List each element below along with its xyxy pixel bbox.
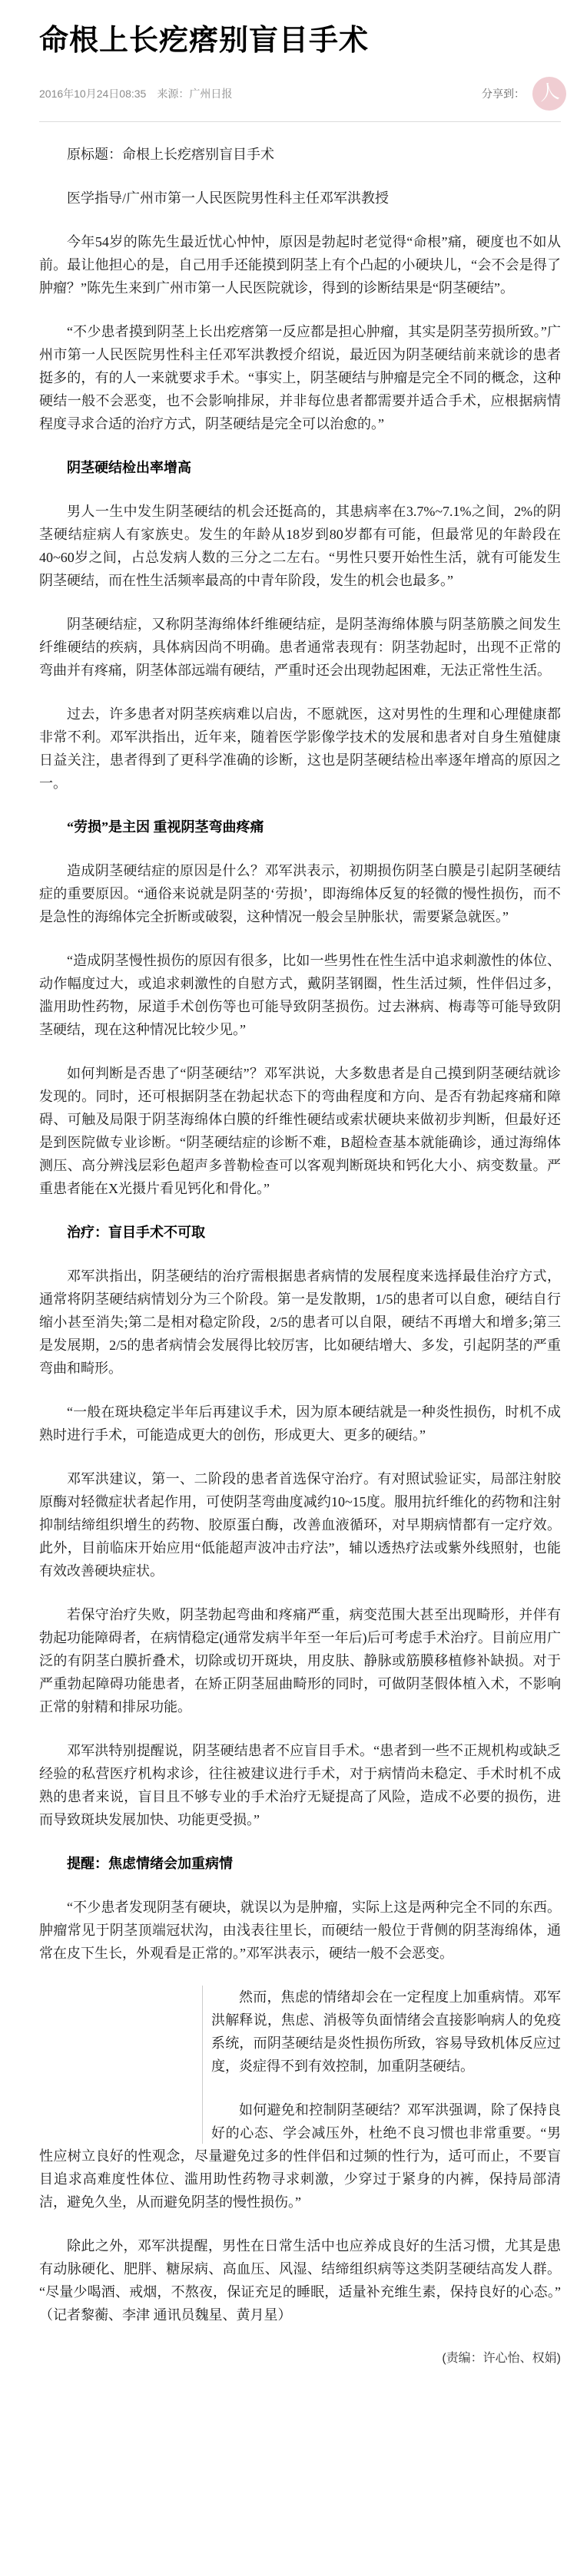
paragraph-diagnosis-trend: 过去，许多患者对阴茎疾病难以启齿，不愿就医，这对男性的生理和心理健康都非常不利。… (39, 703, 561, 795)
share-label: 分享到： (482, 86, 525, 101)
paragraph-definition: 阴茎硬结症，又称阴茎海绵体纤维硬结症，是阴茎海绵体膜与阴茎筋膜之间发生纤维硬结的… (39, 613, 561, 682)
article-body: 原标题：命根上长疙瘩别盲目手术 医学指导/广州市第一人民医院男性科主任邓军洪教授… (39, 143, 561, 2326)
page-title: 命根上长疙瘩别盲目手术 (39, 21, 561, 60)
paragraph-lifestyle-advice: 除此之外，邓军洪提醒，男性在日常生活中也应养成良好的生活习惯，尤其是患有动脉硬化… (39, 2234, 561, 2326)
paragraph-surgery-timing: “一般在斑块稳定半年后再建议手术，因为原本硬结就是一种炎性损伤，时机不成熟时进行… (39, 1400, 561, 1447)
paragraph-warning-blind-surgery: 邓军洪特别提醒说，阴茎硬结患者不应盲目手术。“患者到一些不正规机构或缺乏经验的私… (39, 1739, 561, 1831)
paragraph-surgical-options: 若保守治疗失败，阴茎勃起弯曲和疼痛严重，病变范围大甚至出现畸形，并伴有勃起功能障… (39, 1603, 561, 1718)
subheading-strain-cause: “劳损”是主因 重视阴茎弯曲疼痛 (39, 815, 561, 838)
paragraph-case-intro: 今年54岁的陈先生最近忧心忡忡，原因是勃起时老觉得“命根”痛，硬度也不如从前。最… (39, 230, 561, 299)
original-title-text: 命根上长疙瘩别盲目手术 (122, 147, 274, 162)
paragraph-cause-main: 造成阴茎硬结症的原因是什么？邓军洪表示，初期损伤阴茎白膜是引起阴茎硬结症的重要原… (39, 859, 561, 928)
paragraph-expert-quote: “不少患者摸到阴茎上长出疙瘩第一反应都是担心肿瘤，其实是阴茎劳损所致。”广州市第… (39, 320, 561, 435)
empty-media-placeholder (39, 1986, 203, 2144)
subheading-detection-rate: 阴茎硬结检出率增高 (39, 456, 561, 479)
original-title-line: 原标题：命根上长疙瘩别盲目手术 (39, 143, 561, 166)
subheading-anxiety-reminder: 提醒：焦虑情绪会加重病情 (39, 1852, 561, 1875)
paragraph-self-check: 如何判断是否患了“阴茎硬结”？邓军洪说，大多数患者是自己摸到阴茎硬结就诊发现的。… (39, 1062, 561, 1200)
subheading-treatment: 治疗：盲目手术不可取 (39, 1221, 561, 1244)
publish-date: 2016年10月24日08:35 (39, 86, 146, 101)
paragraph-three-stages: 邓军洪指出，阴茎硬结的治疗需根据患者病情的发展程度来选择最佳治疗方式，通常将阴茎… (39, 1265, 561, 1380)
paragraph-tumor-difference: “不少患者发现阴茎有硬块，就误以为是肿瘤，实际上这是两种完全不同的东西。肿瘤常见… (39, 1896, 561, 1965)
source-name: 来源：广州日报 (157, 86, 232, 101)
paragraph-medical-guidance: 医学指导/广州市第一人民医院男性科主任邓军洪教授 (39, 187, 561, 210)
paragraph-conservative-treatment: 邓军洪建议，第一、二阶段的患者首选保守治疗。有对照试验证实，局部注射胶原酶对轻微… (39, 1467, 561, 1582)
header-divider (39, 121, 561, 122)
paragraph-prevalence: 男人一生中发生阴茎硬结的机会还挺高的，其患病率在3.7%~7.1%之间，2%的阴… (39, 500, 561, 592)
paragraph-cause-list: “造成阴茎慢性损伤的原因有很多，比如一些男性在性生活中追求刺激性的体位、动作幅度… (39, 949, 561, 1041)
article-meta-bar: 2016年10月24日08:35 来源：广州日报 分享到： 人 (39, 77, 561, 111)
text-wrap-section: 然而，焦虑的情绪却会在一定程度上加重病情。邓军洪解释说，焦虑、消极等负面情绪会直… (39, 1986, 561, 2214)
article-page: 命根上长疙瘩别盲目手术 2016年10月24日08:35 来源：广州日报 分享到… (0, 21, 567, 2401)
share-people-weibo-icon[interactable]: 人 (532, 77, 566, 111)
original-title-label: 原标题： (67, 147, 122, 162)
ren-glyph-icon: 人 (538, 81, 560, 104)
editor-credit: (责编：许心怡、权娟) (39, 2347, 561, 2370)
